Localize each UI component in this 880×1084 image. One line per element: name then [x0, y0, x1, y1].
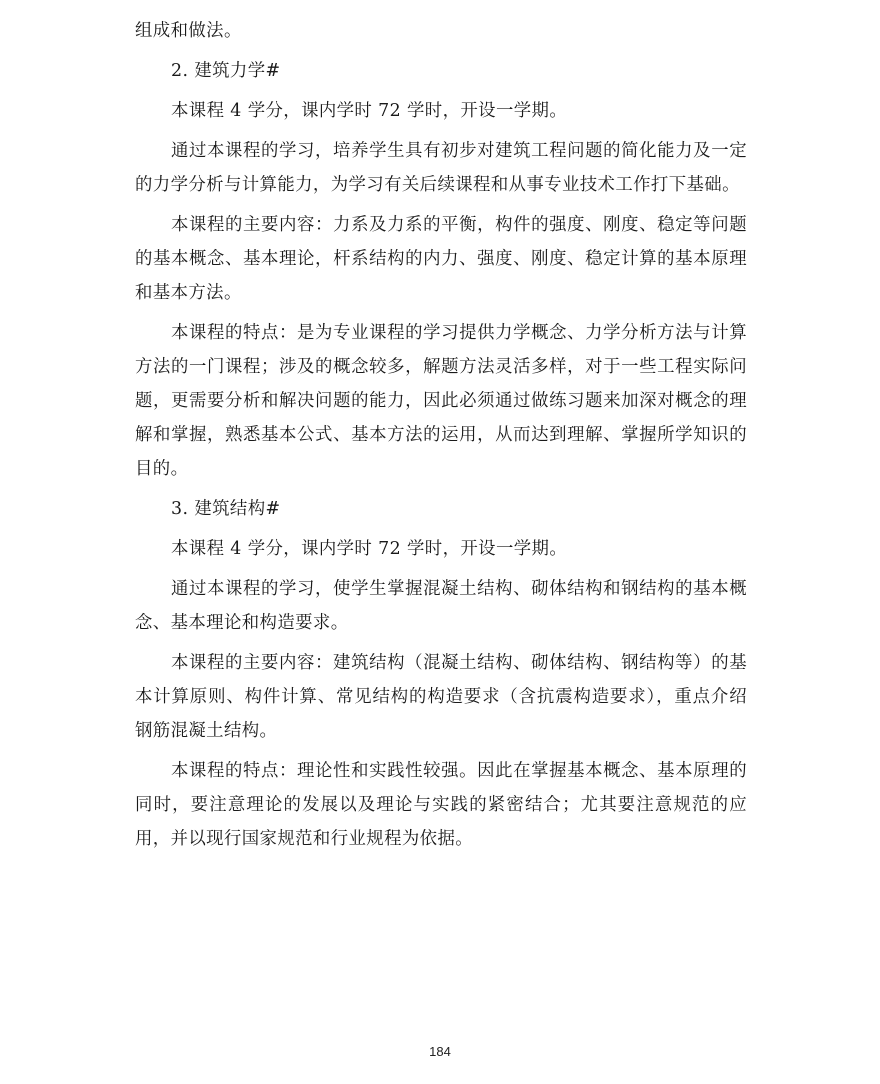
paragraph-characteristics: 本课程的特点：理论性和实践性较强。因此在掌握基本概念、基本原理的同时，要注意理论… [135, 754, 747, 856]
paragraph-credits: 本课程 4 学分，课内学时 72 学时，开设一学期。 [135, 532, 747, 566]
paragraph-credits: 本课程 4 学分，课内学时 72 学时，开设一学期。 [135, 94, 747, 128]
paragraph-main-content: 本课程的主要内容：建筑结构（混凝土结构、砌体结构、钢结构等）的基本计算原则、构件… [135, 646, 747, 748]
paragraph-characteristics: 本课程的特点：是为专业课程的学习提供力学概念、力学分析方法与计算方法的一门课程；… [135, 316, 747, 486]
section-heading-building-structure: 3. 建筑结构# [135, 492, 747, 526]
paragraph-continuation: 组成和做法。 [135, 14, 747, 48]
paragraph-objective: 通过本课程的学习，培养学生具有初步对建筑工程问题的简化能力及一定的力学分析与计算… [135, 134, 747, 202]
paragraph-main-content: 本课程的主要内容：力系及力系的平衡，构件的强度、刚度、稳定等问题的基本概念、基本… [135, 208, 747, 310]
paragraph-objective: 通过本课程的学习，使学生掌握混凝土结构、砌体结构和钢结构的基本概念、基本理论和构… [135, 572, 747, 640]
document-page: 组成和做法。 2. 建筑力学# 本课程 4 学分，课内学时 72 学时，开设一学… [135, 14, 747, 862]
section-heading-building-mechanics: 2. 建筑力学# [135, 54, 747, 88]
page-number: 184 [0, 1044, 880, 1059]
